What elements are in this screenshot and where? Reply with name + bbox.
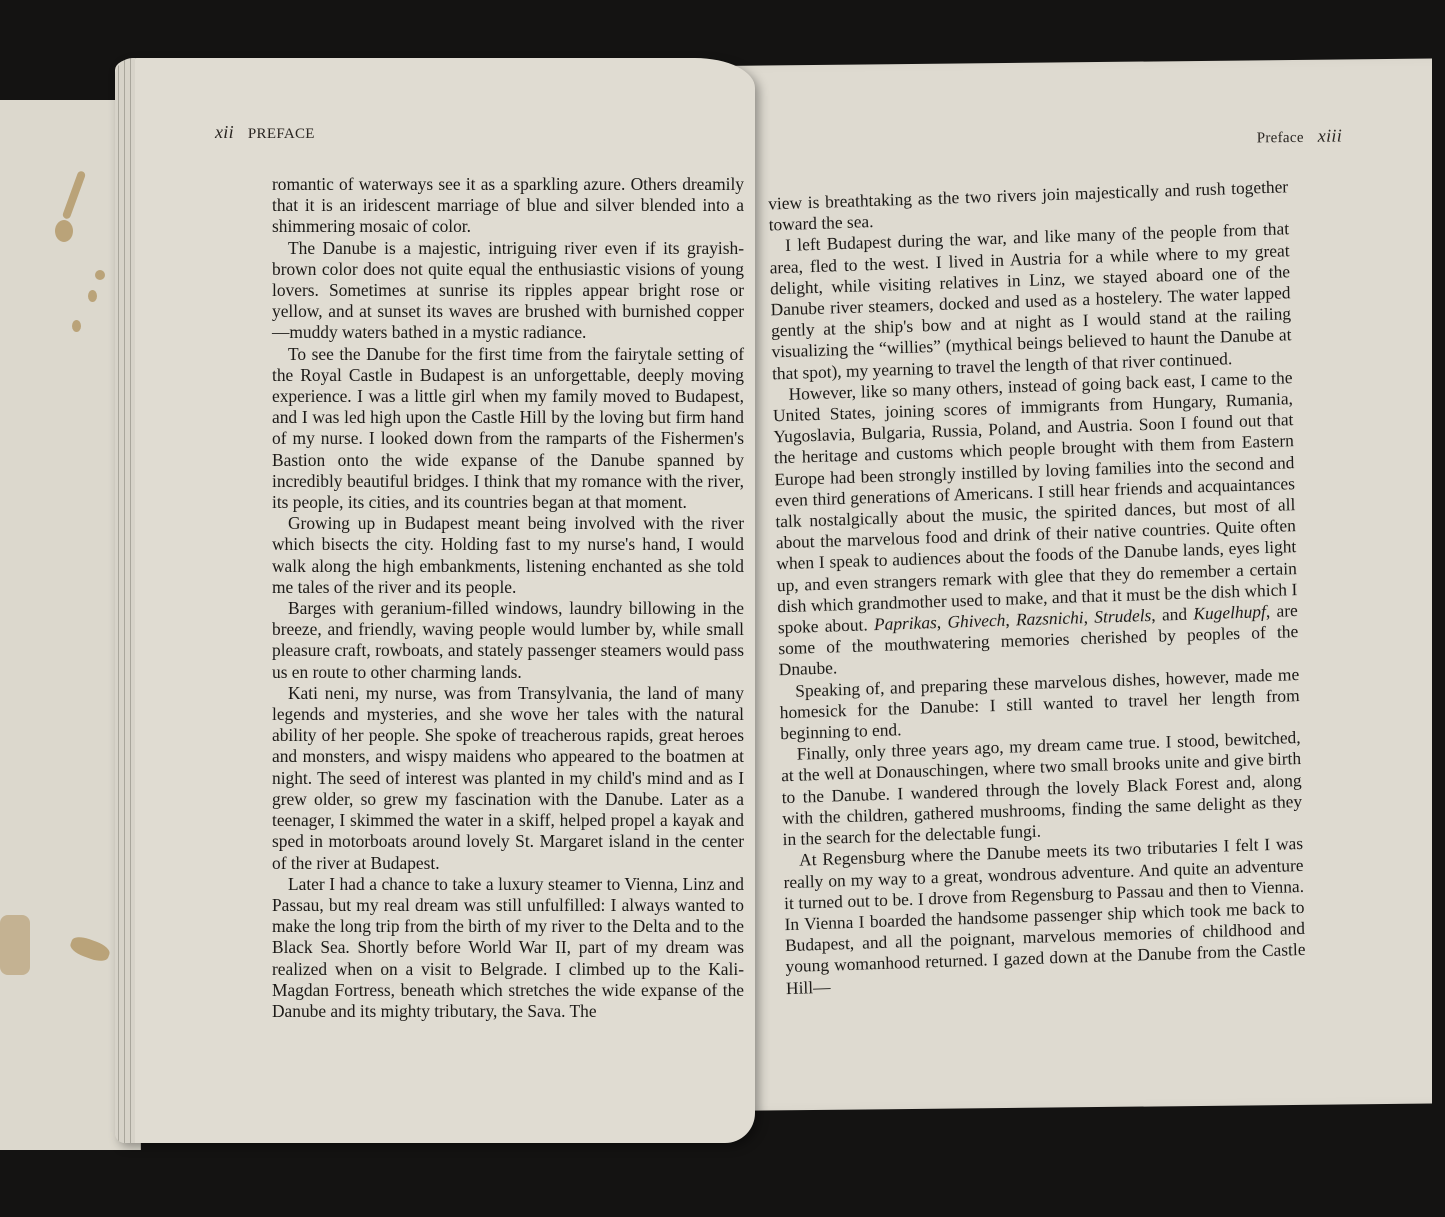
paragraph: romantic of waterways see it as a sparkl… <box>272 174 744 238</box>
running-head-right: Prefacexiii <box>1257 125 1342 147</box>
paragraph: However, like so many others, instead of… <box>772 367 1299 681</box>
body-text-left: romantic of waterways see it as a sparkl… <box>272 174 744 1022</box>
paragraph: To see the Danube for the first time fro… <box>272 344 744 514</box>
stain-mark <box>62 170 87 220</box>
stain-mark <box>72 320 81 332</box>
paragraph: Finally, only three years ago, my dream … <box>781 727 1303 850</box>
paragraph: Later I had a chance to take a luxury st… <box>272 874 744 1022</box>
stain-mark <box>95 270 105 280</box>
stain-mark <box>0 915 30 975</box>
right-page: Prefacexiii view is breathtaking as the … <box>720 59 1432 1111</box>
page-number: xiii <box>1318 125 1342 145</box>
stain-mark <box>68 934 112 965</box>
running-head-title: PREFACE <box>248 126 315 142</box>
running-head-title: Preface <box>1257 130 1304 146</box>
body-text-right: view is breathtaking as the two rivers j… <box>768 176 1306 999</box>
page-edges <box>115 58 135 1143</box>
paragraph: The Danube is a majestic, intriguing riv… <box>272 238 744 344</box>
paragraph: Barges with geranium-filled windows, lau… <box>272 598 744 683</box>
stain-mark <box>55 220 73 242</box>
stain-mark <box>88 290 97 302</box>
paragraph: I left Budapest during the war, and like… <box>769 219 1292 385</box>
paragraph: Growing up in Budapest meant being invol… <box>272 513 744 598</box>
paragraph: Kati neni, my nurse, was from Transylvan… <box>272 683 744 874</box>
running-head-left: xiiPREFACE <box>215 122 315 143</box>
paragraph: At Regensburg where the Danube meets its… <box>783 833 1306 999</box>
left-page: xiiPREFACE romantic of waterways see it … <box>115 58 755 1143</box>
page-number: xii <box>215 122 234 142</box>
